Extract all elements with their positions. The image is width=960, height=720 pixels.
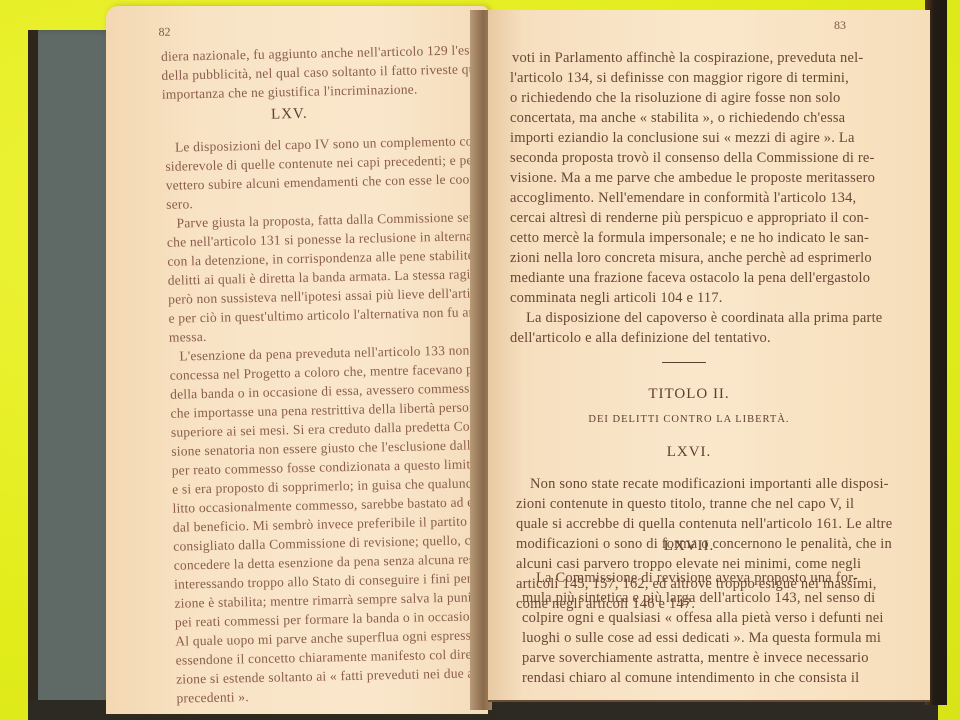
text-line: zioni contenute in questo titolo, tranne… [516,496,854,513]
section-divider [662,362,706,363]
text-line: La Commissione di revisione aveva propos… [536,570,858,587]
page-number-left: 82 [158,25,170,40]
text-line: concertata, ma anche « stabilita », o ri… [510,110,845,127]
title-ii: TITOLO II. [468,386,910,403]
page-number-right: 83 [834,18,846,33]
text-line: Non sono state recate modificazioni impo… [530,476,889,493]
text-line: visione. Ma a me parve che ambedue le pr… [510,170,875,187]
text-line: rendasi chiaro al comune intendimento in… [522,670,859,687]
text-line: mediante una frazione faceva ostacolo la… [510,270,870,287]
text-line: della pubblicità, nel qual caso soltanto… [161,61,496,84]
left-page: 82 diera nazionale, fu aggiunto anche ne… [106,6,488,714]
text-line: voti in Parlamento affinchè la cospirazi… [512,50,863,67]
text-line: mula più sintetica e più larga dell'arti… [522,590,875,607]
text-line: messa. [169,329,207,346]
section-heading-lxvi: LXVI. [468,444,910,461]
text-line: o richiedendo che la risoluzione di agir… [510,90,841,107]
text-line: zione si estende soltanto ai « fatti pre… [176,665,508,688]
text-line: dell'articolo e alla definizione del ten… [510,330,771,347]
section-heading-lxv: LXV. [98,102,480,127]
text-line: accoglimento. Nell'emendare in conformit… [510,190,856,207]
text-line: cercai altresì di renderne più perspicuo… [510,210,869,227]
text-line: vettero subire alcuni emendamenti che co… [166,171,509,194]
section-heading-lxvii: LXVII. [468,538,910,555]
text-line: zioni nella loro concreta misura, anche … [510,250,872,267]
title-subheading: DEI DELITTI CONTRO LA LIBERTÀ. [468,414,910,425]
text-line: cetto mercè la formula impersonale; e ne… [510,230,869,247]
right-page-lower: LXVII. La Commissione di revisione aveva… [488,530,930,700]
text-line: precedenti ». [176,689,249,707]
text-line: importanza che ne giustifica l'incrimina… [162,81,418,102]
text-line: La disposizione del capoverso è coordina… [526,310,882,327]
text-line: l'articolo 134, si definisse con maggior… [510,70,849,87]
text-line: seconda proposta trovò il consenso della… [510,150,875,167]
text-line: sero. [166,196,193,213]
text-line: colpire ogni e qualsiasi « offesa alla p… [522,610,884,627]
text-line: e per ciò in quest'ultimo articolo l'alt… [168,304,484,327]
text-line: comminata negli articoli 104 e 117. [510,290,723,307]
text-line: importi eziandio la conclusione sui « me… [510,130,855,147]
text-line: luoghi o sulle cose ad essi dedicati ». … [522,630,881,647]
text-line: parve soverchiamente astratta, mentre è … [522,650,869,667]
